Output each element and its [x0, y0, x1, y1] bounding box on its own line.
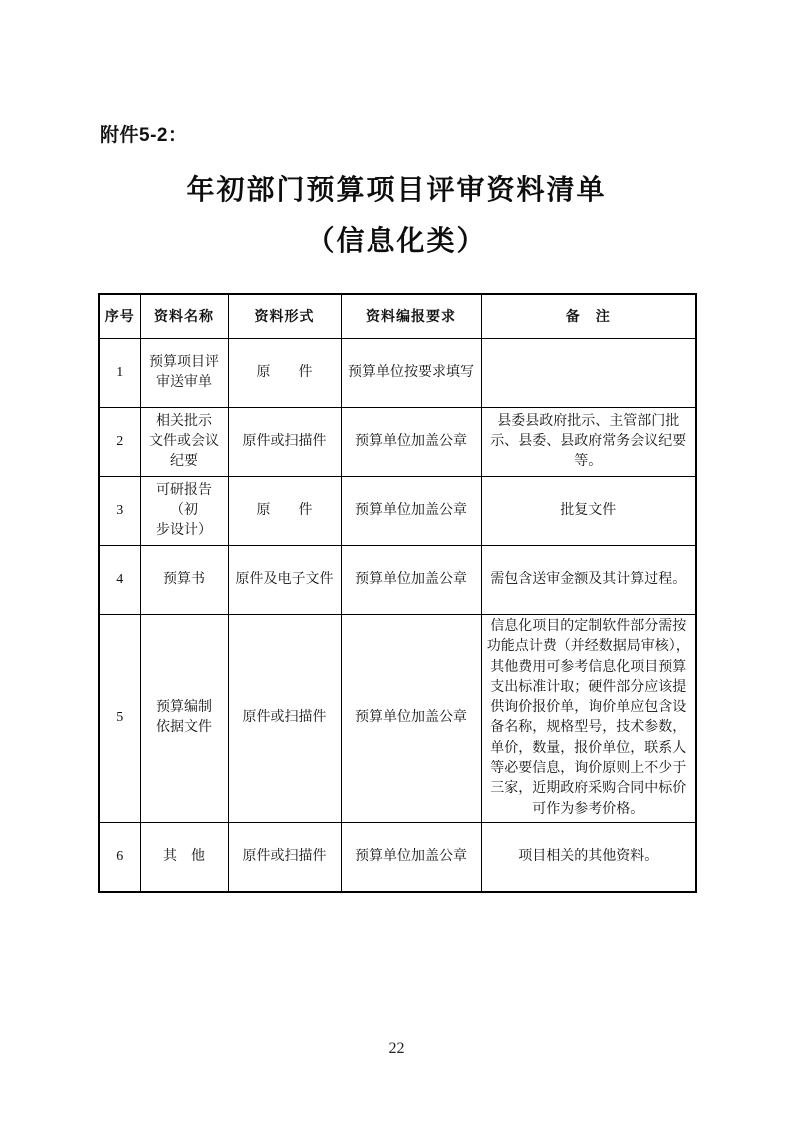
table-header-row: 序号 资料名称 资料形式 资料编报要求 备 注 [99, 294, 696, 339]
cell-material-name: 预算编制 依据文件 [140, 615, 228, 823]
cell-remarks: 信息化项目的定制软件部分需按功能点计费（并经数据局审核），其他费用可参考信息化项… [481, 615, 696, 823]
cell-remarks: 项目相关的其他资料。 [481, 822, 696, 892]
cell-serial-number: 4 [99, 546, 140, 615]
cell-material-form: 原 件 [228, 339, 341, 408]
cell-reporting-requirement: 预算单位按要求填写 [341, 339, 481, 408]
page-number: 22 [0, 1040, 793, 1058]
header-serial-number: 序号 [99, 294, 140, 339]
cell-serial-number: 6 [99, 822, 140, 892]
attachment-label: 附件5-2： [100, 120, 187, 147]
page-subtitle: （信息化类） [0, 219, 793, 259]
cell-reporting-requirement: 预算单位加盖公章 [341, 408, 481, 477]
table-row: 1 预算项目评 审送审单 原 件 预算单位按要求填写 [99, 339, 696, 408]
table-row: 2 相关批示 文件或会议 纪要 原件或扫描件 预算单位加盖公章 县委县政府批示、… [99, 408, 696, 477]
cell-reporting-requirement: 预算单位加盖公章 [341, 546, 481, 615]
header-reporting-requirement: 资料编报要求 [341, 294, 481, 339]
cell-remarks: 需包含送审金额及其计算过程。 [481, 546, 696, 615]
document-page: 附件5-2： 年初部门预算项目评审资料清单 （信息化类） 序号 资料名称 资料形… [0, 0, 793, 1122]
header-remarks: 备 注 [481, 294, 696, 339]
cell-material-form: 原 件 [228, 477, 341, 546]
cell-material-name: 相关批示 文件或会议 纪要 [140, 408, 228, 477]
cell-reporting-requirement: 预算单位加盖公章 [341, 615, 481, 823]
table-row: 4 预算书 原件及电子文件 预算单位加盖公章 需包含送审金额及其计算过程。 [99, 546, 696, 615]
cell-material-form: 原件或扫描件 [228, 615, 341, 823]
cell-remarks [481, 339, 696, 408]
cell-remarks: 批复文件 [481, 477, 696, 546]
cell-material-name: 预算书 [140, 546, 228, 615]
header-material-name: 资料名称 [140, 294, 228, 339]
cell-material-form: 原件或扫描件 [228, 822, 341, 892]
table-row: 6 其 他 原件或扫描件 预算单位加盖公章 项目相关的其他资料。 [99, 822, 696, 892]
cell-material-form: 原件及电子文件 [228, 546, 341, 615]
cell-serial-number: 3 [99, 477, 140, 546]
cell-serial-number: 5 [99, 615, 140, 823]
cell-remarks: 县委县政府批示、主管部门批示、县委、县政府常务会议纪要等。 [481, 408, 696, 477]
page-title: 年初部门预算项目评审资料清单 [0, 168, 793, 208]
header-material-form: 资料形式 [228, 294, 341, 339]
cell-material-name: 其 他 [140, 822, 228, 892]
table-row: 3 可研报告（初 步设计） 原 件 预算单位加盖公章 批复文件 [99, 477, 696, 546]
cell-serial-number: 2 [99, 408, 140, 477]
table-row: 5 预算编制 依据文件 原件或扫描件 预算单位加盖公章 信息化项目的定制软件部分… [99, 615, 696, 823]
cell-material-form: 原件或扫描件 [228, 408, 341, 477]
cell-serial-number: 1 [99, 339, 140, 408]
materials-table: 序号 资料名称 资料形式 资料编报要求 备 注 1 预算项目评 审送审单 原 件… [98, 293, 697, 893]
cell-material-name: 可研报告（初 步设计） [140, 477, 228, 546]
cell-reporting-requirement: 预算单位加盖公章 [341, 477, 481, 546]
cell-material-name: 预算项目评 审送审单 [140, 339, 228, 408]
cell-reporting-requirement: 预算单位加盖公章 [341, 822, 481, 892]
